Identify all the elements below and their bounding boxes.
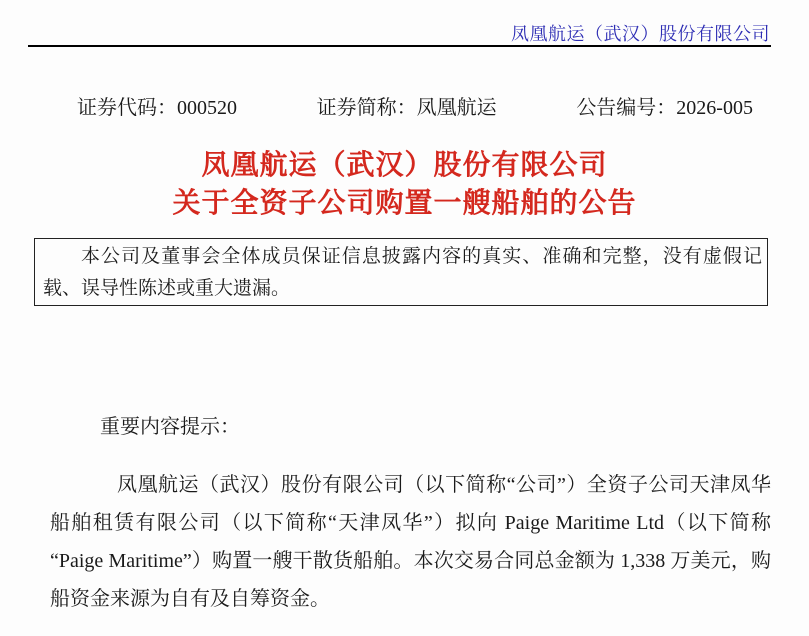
announcement-body-paragraph: 凤凰航运（武汉）股份有限公司（以下简称“公司”）全资子公司天津凤华船舶租赁有限公… xyxy=(50,466,771,618)
header-rule xyxy=(28,45,771,47)
securities-code: 证券代码：000520 xyxy=(77,91,237,120)
announcement-title-line2: 关于全资子公司购置一艘船舶的公告 xyxy=(0,181,809,221)
announcement-title-line1: 凤凰航运（武汉）股份有限公司 xyxy=(0,143,809,183)
announcement-number: 公告编号：2026-005 xyxy=(576,91,753,120)
document-page: 凤凰航运（武汉）股份有限公司 证券代码：000520 证券简称：凤凰航运 公告编… xyxy=(0,0,809,636)
header-company-name: 凤凰航运（武汉）股份有限公司 xyxy=(511,20,770,46)
disclosure-notice-box: 本公司及董事会全体成员保证信息披露内容的真实、准确和完整，没有虚假记载、误导性陈… xyxy=(34,238,768,306)
securities-meta-row: 证券代码：000520 证券简称：凤凰航运 公告编号：2026-005 xyxy=(77,91,753,120)
important-highlights-label: 重要内容提示： xyxy=(100,410,240,439)
securities-abbr: 证券简称：凤凰航运 xyxy=(317,91,497,120)
